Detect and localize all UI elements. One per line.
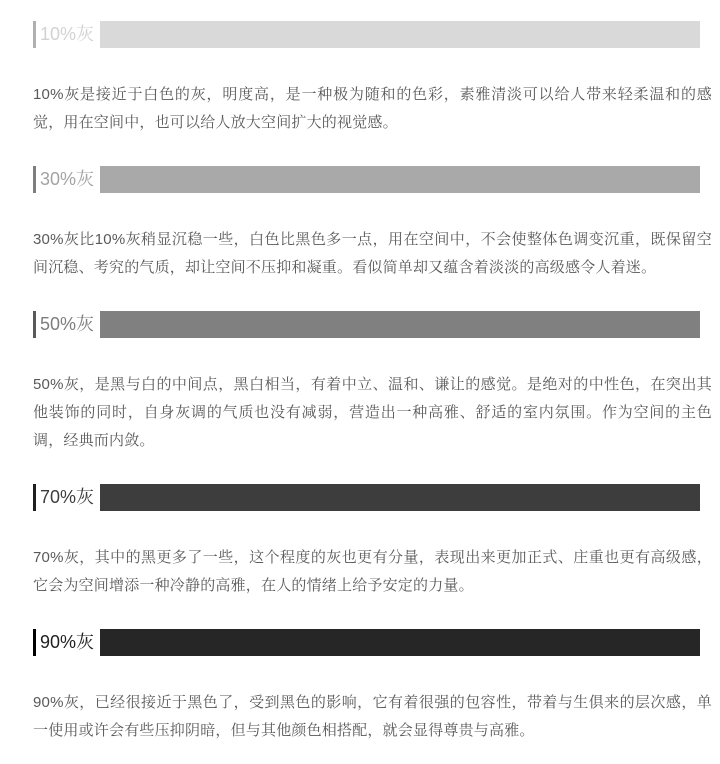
swatch-header: 70%灰 (33, 484, 712, 511)
gray-swatch-bar (100, 166, 700, 193)
gray-section-70: 70%灰 70%灰，其中的黑更多了一些，这个程度的灰也更有分量，表现出来更加正式… (33, 484, 712, 600)
gray-section-50: 50%灰 50%灰，是黑与白的中间点，黑白相当，有着中立、温和、谦让的感觉。是绝… (33, 311, 712, 455)
swatch-label: 50%灰 (36, 311, 100, 338)
swatch-header: 10%灰 (33, 21, 712, 48)
gray-section-30: 30%灰 30%灰比10%灰稍显沉稳一些，白色比黑色多一点，用在空间中，不会使整… (33, 166, 712, 282)
gray-description: 70%灰，其中的黑更多了一些，这个程度的灰也更有分量，表现出来更加正式、庄重也更… (33, 544, 712, 600)
swatch-header: 30%灰 (33, 166, 712, 193)
gray-description: 10%灰是接近于白色的灰，明度高，是一种极为随和的色彩，素雅清淡可以给人带来轻柔… (33, 81, 712, 137)
swatch-header: 50%灰 (33, 311, 712, 338)
swatch-header: 90%灰 (33, 629, 712, 656)
gray-description: 30%灰比10%灰稍显沉稳一些，白色比黑色多一点，用在空间中，不会使整体色调变沉… (33, 226, 712, 282)
swatch-label: 10%灰 (36, 21, 100, 48)
gray-swatch-bar (100, 311, 700, 338)
swatch-label: 70%灰 (36, 484, 100, 511)
gray-swatch-bar (100, 21, 700, 48)
gray-description: 90%灰，已经很接近于黑色了，受到黑色的影响，它有着很强的包容性，带着与生俱来的… (33, 689, 712, 745)
gray-description: 50%灰，是黑与白的中间点，黑白相当，有着中立、温和、谦让的感觉。是绝对的中性色… (33, 371, 712, 455)
gray-section-10: 10%灰 10%灰是接近于白色的灰，明度高，是一种极为随和的色彩，素雅清淡可以给… (33, 21, 712, 137)
gray-swatch-bar (100, 629, 700, 656)
gray-swatch-bar (100, 484, 700, 511)
swatch-label: 90%灰 (36, 629, 100, 656)
gray-section-90: 90%灰 90%灰，已经很接近于黑色了，受到黑色的影响，它有着很强的包容性，带着… (33, 629, 712, 745)
gray-tones-article: 10%灰 10%灰是接近于白色的灰，明度高，是一种极为随和的色彩，素雅清淡可以给… (0, 0, 720, 745)
swatch-label: 30%灰 (36, 166, 100, 193)
